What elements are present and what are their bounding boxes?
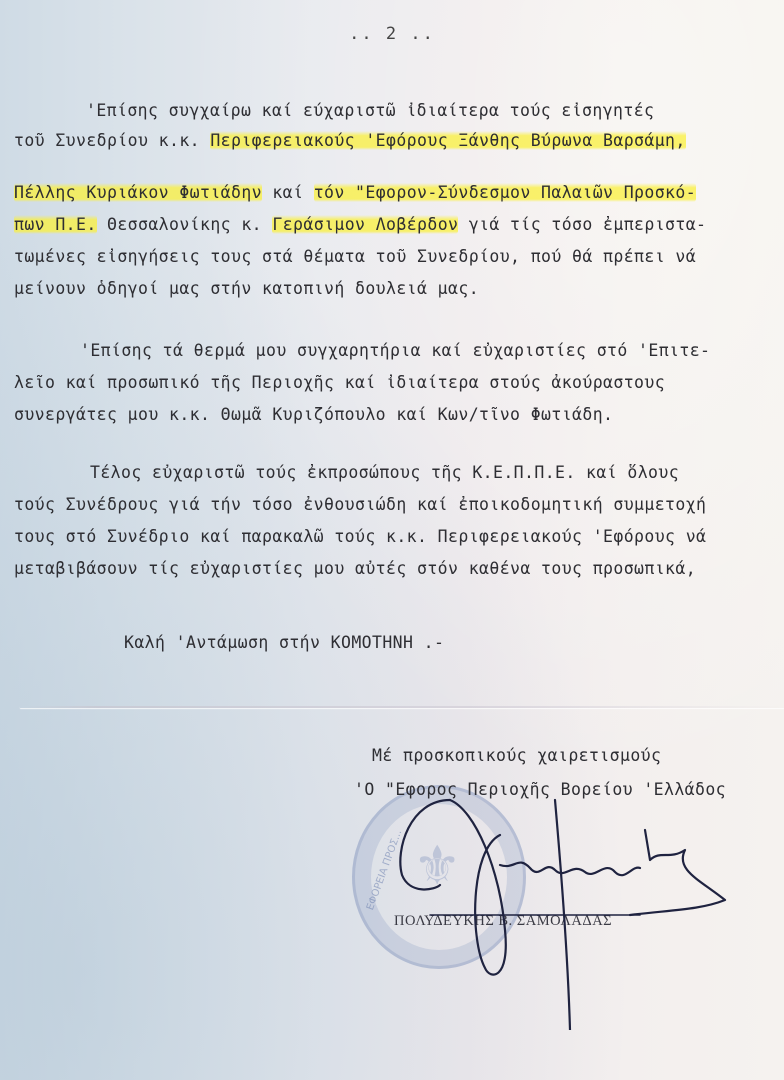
text-line: τοῦ Συνεδρίου κ.κ. Περιφερειακούς 'Εφόρο… xyxy=(14,130,686,152)
text-line: τους στό Συνέδριο καί παρακαλῶ τούς κ.κ.… xyxy=(14,526,706,548)
text-run: τοῦ Συνεδρίου κ.κ. xyxy=(14,131,210,150)
text-line: τούς Συνέδρους γιά τήν τόσο ἐνθουσιώδη κ… xyxy=(14,494,706,516)
text-line: μεταβιβάσουν τίς εὐχαριστίες μου αὐτές σ… xyxy=(14,558,696,580)
text-line: συνεργάτες μου κ.κ. Θωμᾶ Κυριζόπουλο καί… xyxy=(14,404,613,426)
text-run: τωμένες εἰσηγήσεις τους στά θέματα τοῦ Σ… xyxy=(14,247,696,266)
text-line: Πέλλης Κυριάκον Φωτιάδην καί τόν "Εφορον… xyxy=(14,182,696,204)
highlighted-text: Γεράσιμον Λοβέρδον xyxy=(272,215,458,234)
farewell-line: Καλή 'Αντάμωση στήν ΚΟΜΟΤΗΝΗ .- xyxy=(124,632,444,654)
highlighted-text: Πέλλης Κυριάκον Φωτιάδην xyxy=(14,183,262,202)
text-run: καί xyxy=(262,183,314,202)
highlighted-text: Περιφερειακούς 'Εφόρους Ξάνθης Βύρωνα Βα… xyxy=(210,131,685,150)
text-line: λεῖο καί προσωπικό τῆς Περιοχῆς καί ἰδια… xyxy=(14,372,665,394)
text-line: μείνουν ὁδηγοί μας στήν κατοπινή δουλειά… xyxy=(14,278,479,300)
handwritten-signature xyxy=(340,790,740,1030)
text-line: Τέλος εὐχαριστῶ τούς ἐκπροσώπους τῆς Κ.Ε… xyxy=(90,462,679,484)
highlighted-text: πων Π.Ε. xyxy=(14,215,97,234)
text-run: Θεσσαλονίκης κ. xyxy=(97,215,273,234)
text-run: γιά τίς τόσο ἐμπεριστα- xyxy=(458,215,706,234)
paper-fold-line xyxy=(20,706,784,708)
closing-greeting: Μέ προσκοπικούς χαιρετισμούς xyxy=(372,746,661,765)
text-line: πων Π.Ε. Θεσσαλονίκης κ. Γεράσιμον Λοβέρ… xyxy=(14,214,706,236)
highlighted-text: τόν "Εφορον-Σύνδεσμον Παλαιῶν Προσκό- xyxy=(314,183,696,202)
text-line: 'Επίσης τά θερμά μου συγχαρητήρια καί εὐ… xyxy=(80,340,710,362)
text-line: τωμένες εἰσηγήσεις τους στά θέματα τοῦ Σ… xyxy=(14,246,696,268)
text-run: 'Επίσης συγχαίρω καί εύχαριστῶ ἰδιαίτερα… xyxy=(86,101,654,120)
text-run: μείνουν ὁδηγοί μας στήν κατοπινή δουλειά… xyxy=(14,279,479,298)
page-number: .. 2 .. xyxy=(0,24,784,44)
text-line: 'Επίσης συγχαίρω καί εύχαριστῶ ἰδιαίτερα… xyxy=(86,100,654,122)
